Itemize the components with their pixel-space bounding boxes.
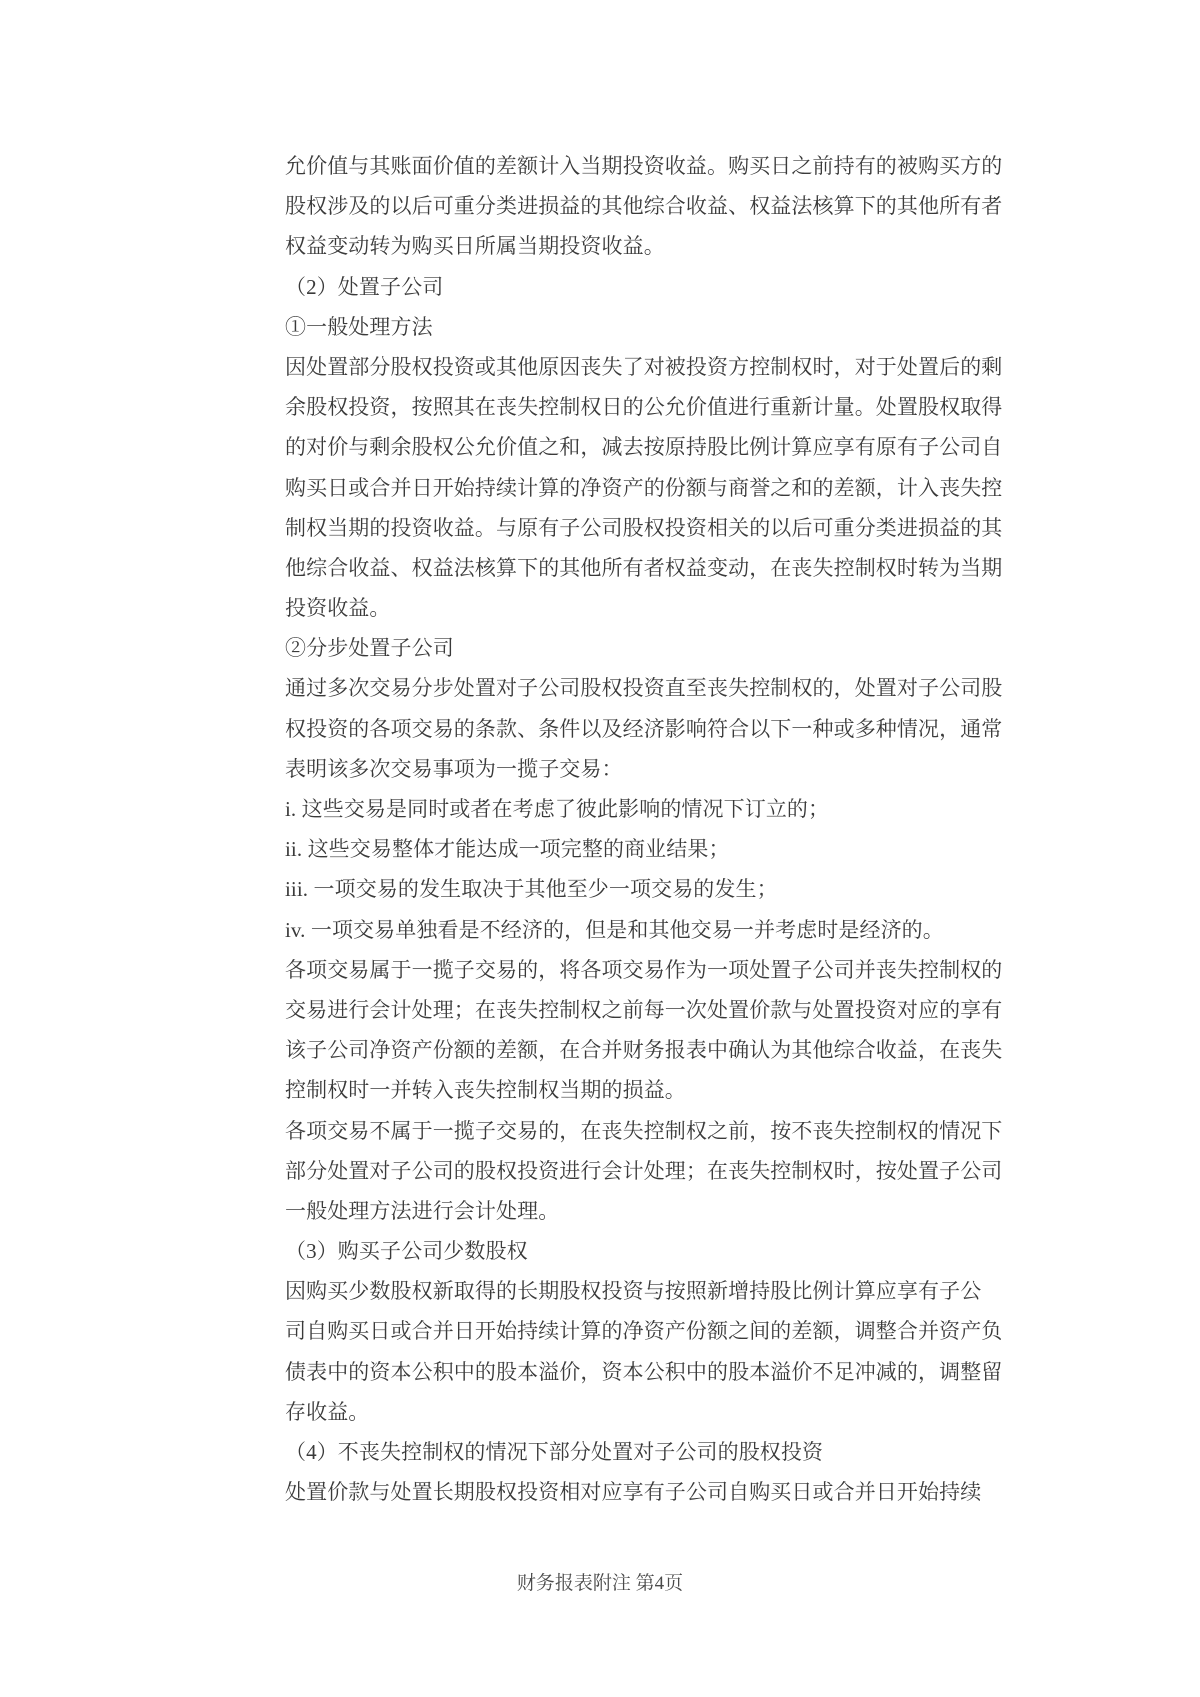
text-line: ①一般处理方法 (285, 307, 1030, 347)
text-line: 因购买少数股权新取得的长期股权投资与按照新增持股比例计算应享有子公 (285, 1271, 1030, 1311)
text-line: （4）不丧失控制权的情况下部分处置对子公司的股权投资 (285, 1432, 1030, 1472)
text-line: 各项交易属于一揽子交易的，将各项交易作为一项处置子公司并丧失控制权的 (285, 950, 1030, 990)
text-line: 制权当期的投资收益。与原有子公司股权投资相关的以后可重分类进损益的其 (285, 508, 1030, 548)
text-line: 一般处理方法进行会计处理。 (285, 1191, 1030, 1231)
text-line: 各项交易不属于一揽子交易的，在丧失控制权之前，按不丧失控制权的情况下 (285, 1111, 1030, 1151)
text-line: 因处置部分股权投资或其他原因丧失了对被投资方控制权时，对于处置后的剩 (285, 347, 1030, 387)
text-line: 债表中的资本公积中的股本溢价，资本公积中的股本溢价不足冲减的，调整留 (285, 1352, 1030, 1392)
text-line: 处置价款与处置长期股权投资相对应享有子公司自购买日或合并日开始持续 (285, 1472, 1030, 1512)
text-line: 股权涉及的以后可重分类进损益的其他综合收益、权益法核算下的其他所有者 (285, 186, 1030, 226)
footer-text: 财务报表附注 第4页 (517, 1573, 683, 1594)
text-line: 表明该多次交易事项为一揽子交易： (285, 749, 1030, 789)
text-line: 购买日或合并日开始持续计算的净资产的份额与商誉之和的差额，计入丧失控 (285, 468, 1030, 508)
text-line: ii. 这些交易整体才能达成一项完整的商业结果； (285, 829, 1030, 869)
text-line: 存收益。 (285, 1392, 1030, 1432)
text-line: 通过多次交易分步处置对子公司股权投资直至丧失控制权的，处置对子公司股 (285, 668, 1030, 708)
text-line: 他综合收益、权益法核算下的其他所有者权益变动，在丧失控制权时转为当期 (285, 548, 1030, 588)
text-line: iii. 一项交易的发生取决于其他至少一项交易的发生； (285, 869, 1030, 909)
text-line: 该子公司净资产份额的差额，在合并财务报表中确认为其他综合收益，在丧失 (285, 1030, 1030, 1070)
text-line: 交易进行会计处理；在丧失控制权之前每一次处置价款与处置投资对应的享有 (285, 990, 1030, 1030)
text-line: 允价值与其账面价值的差额计入当期投资收益。购买日之前持有的被购买方的 (285, 146, 1030, 186)
text-line: 的对价与剩余股权公允价值之和，减去按原持股比例计算应享有原有子公司自 (285, 427, 1030, 467)
text-line: 部分处置对子公司的股权投资进行会计处理；在丧失控制权时，按处置子公司 (285, 1151, 1030, 1191)
document-page: 允价值与其账面价值的差额计入当期投资收益。购买日之前持有的被购买方的股权涉及的以… (0, 0, 1200, 1697)
document-body: 允价值与其账面价值的差额计入当期投资收益。购买日之前持有的被购买方的股权涉及的以… (285, 146, 1030, 1512)
text-line: （2）处置子公司 (285, 267, 1030, 307)
text-line: i. 这些交易是同时或者在考虑了彼此影响的情况下订立的； (285, 789, 1030, 829)
text-line: 投资收益。 (285, 588, 1030, 628)
text-line: iv. 一项交易单独看是不经济的，但是和其他交易一并考虑时是经济的。 (285, 910, 1030, 950)
text-line: 余股权投资，按照其在丧失控制权日的公允价值进行重新计量。处置股权取得 (285, 387, 1030, 427)
text-line: 权投资的各项交易的条款、条件以及经济影响符合以下一种或多种情况，通常 (285, 709, 1030, 749)
text-line: ②分步处置子公司 (285, 628, 1030, 668)
text-line: （3）购买子公司少数股权 (285, 1231, 1030, 1271)
page-footer: 财务报表附注 第4页 (0, 1568, 1200, 1595)
text-line: 司自购买日或合并日开始持续计算的净资产份额之间的差额，调整合并资产负 (285, 1311, 1030, 1351)
text-line: 权益变动转为购买日所属当期投资收益。 (285, 226, 1030, 266)
text-line: 控制权时一并转入丧失控制权当期的损益。 (285, 1070, 1030, 1110)
